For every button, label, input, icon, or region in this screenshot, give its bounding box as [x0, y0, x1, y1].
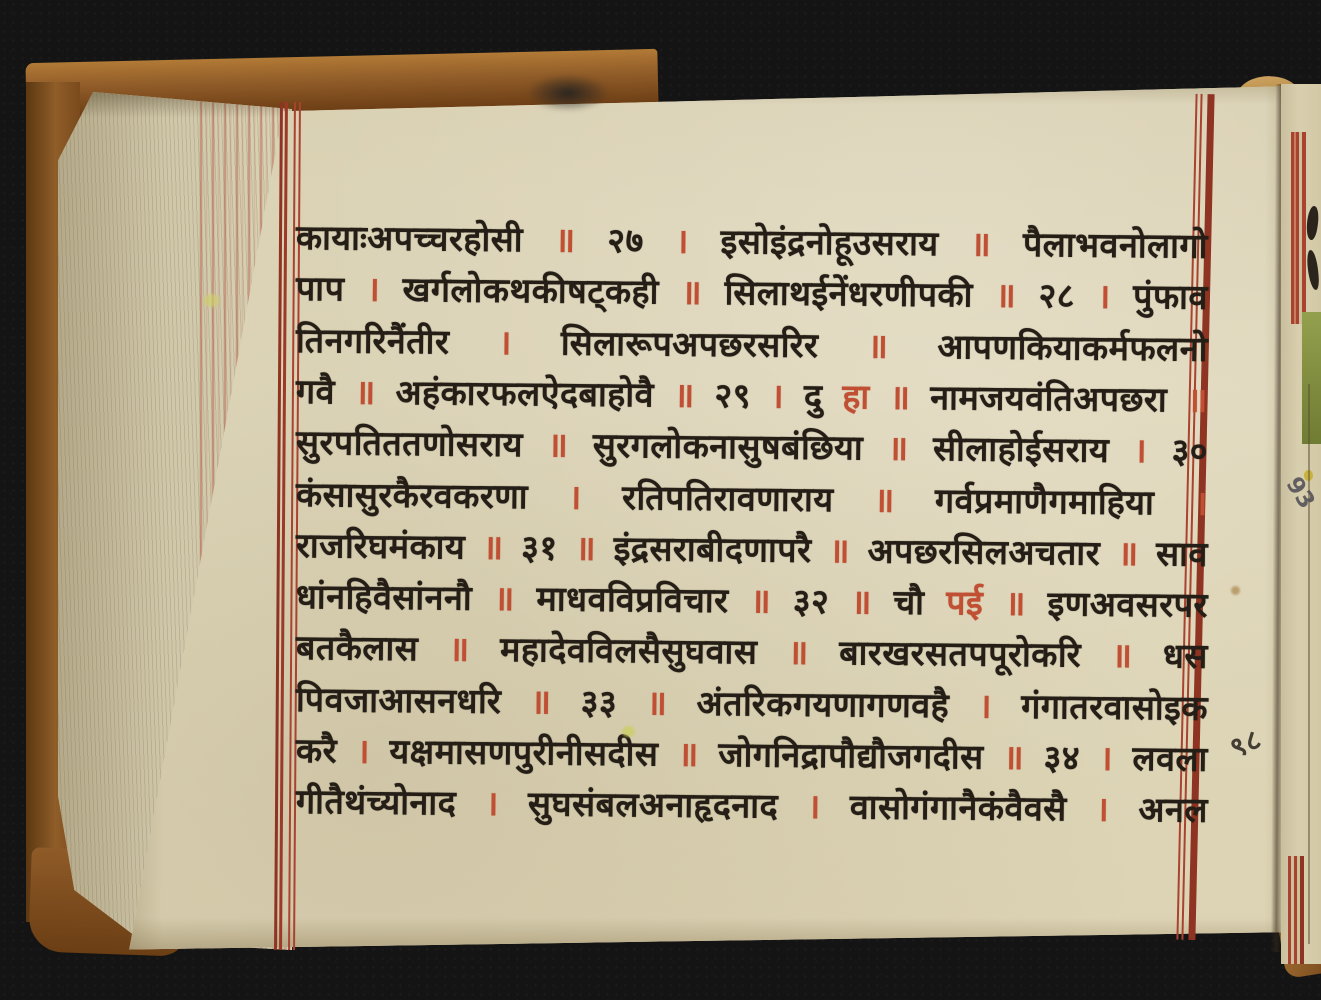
verse-separator: ।: [1097, 272, 1111, 318]
verse-separator: हा: [842, 372, 870, 418]
verse-separator: ॥: [995, 271, 1016, 317]
manuscript-photograph: कायाःअपच्चरहोसी॥२७।इसोइंद्रनोहूउसराय॥पैल…: [0, 0, 1321, 1000]
text-segment: अनल: [1138, 785, 1208, 832]
text-segment: पुंफाव: [1133, 272, 1208, 319]
verse-separator: ॥: [674, 371, 695, 417]
text-segment: राजरिघमंकाय: [296, 521, 466, 569]
verse-separator: ।: [568, 472, 582, 518]
text-line-12: गीतैथंच्योनाद।सुघसंबलअनाहृदनाद।वासोगंगान…: [296, 777, 1208, 832]
verse-separator: ।: [356, 727, 370, 773]
verse-separator: ।: [485, 779, 499, 825]
text-segment: अपछरसिलअचतार: [867, 526, 1100, 574]
text-segment: पाप: [296, 264, 345, 310]
text-line-10: पिवजाआसनधरि॥३३॥अंतरिकगयणागणवहै।गंगातरवास…: [296, 675, 1208, 730]
text-segment: माधवविप्रविचार: [536, 574, 728, 622]
text-segment: कायाःअपच्चरहोसी: [296, 213, 524, 261]
text-segment: यक्षमासणपुरीनीसदीस: [389, 727, 658, 776]
text-line-11: करै।यक्षमासणपुरीनीसदीस॥जोगनिद्रापौद्यौजग…: [296, 726, 1208, 781]
verse-separator: ॥: [1003, 733, 1024, 779]
text-segment: गर्वप्रमाणैगमाहिया: [935, 476, 1155, 524]
verse-separator: ॥: [1005, 579, 1026, 625]
text-segment: २९: [714, 371, 751, 417]
verse-separator: ॥: [355, 367, 376, 413]
text-segment: लवला: [1132, 734, 1208, 781]
text-segment: सीलाहोईसराय: [933, 424, 1110, 472]
verse-separator: ।: [978, 681, 992, 727]
verse-separator: ॥: [678, 730, 699, 776]
text-segment: सिलारूपअपछरसरिर: [561, 318, 819, 366]
verse-separator: ।: [1133, 426, 1147, 472]
text-segment: चौ: [893, 578, 924, 624]
text-line-8: धांनहिवैसांननौ॥माधवविप्रविचार॥३२॥चौपई॥इण…: [296, 572, 1208, 627]
text-segment: आपणकियाकर्मफलनो: [937, 322, 1208, 371]
text-segment: धांनहिवैसांननौ: [296, 572, 473, 620]
verse-separator: ॥: [449, 625, 470, 671]
adjacent-page-text-fragment: [1305, 205, 1321, 240]
text-segment: बारखरसतपपूरोकरि: [839, 629, 1081, 677]
verse-separator: ।: [1099, 734, 1113, 780]
text-segment: २८: [1038, 271, 1075, 317]
text-segment: नामजयवंतिअपछरा: [930, 373, 1167, 421]
verse-separator: ॥: [1117, 529, 1138, 575]
text-segment: ३१: [521, 523, 558, 569]
text-segment: अहंकारफलऐदबाहोवै: [395, 368, 654, 416]
verse-separator: ।: [498, 318, 512, 364]
verse-separator: ॥: [681, 268, 702, 314]
text-segment: करै: [296, 726, 337, 772]
text-segment: सिलाथईनेंधरणीपकी: [724, 268, 973, 316]
text-segment: महादेवविलसैसुघवास: [500, 625, 758, 673]
text-segment: २७: [607, 216, 644, 262]
verse-separator: ॥: [483, 523, 504, 569]
verse-separator: ।: [675, 217, 689, 263]
verse-separator: ॥: [1187, 375, 1208, 421]
text-line-4: गवै॥अहंकारफलऐदबाहोवै॥२९।दुहा॥नामजयवंतिअप…: [296, 367, 1208, 422]
text-line-7: राजरिघमंकाय॥३१॥इंद्रसराबीदणापरै॥अपछरसिलअ…: [296, 521, 1208, 576]
verse-separator: ॥: [970, 219, 991, 265]
verse-separator: ॥: [530, 677, 551, 723]
page-crease: [1308, 384, 1310, 944]
verse-separator: ॥: [1111, 631, 1132, 677]
text-segment: अंतरिकगयणागणवहै: [696, 679, 949, 727]
verse-separator: ॥: [887, 424, 908, 470]
stain: [1231, 586, 1240, 595]
verse-separator: ।: [807, 782, 821, 828]
ink-smudge: [526, 74, 610, 112]
adjacent-page-text-fragment: [1306, 250, 1320, 291]
text-segment: तिनगरिनैंतीर: [296, 316, 450, 363]
adjacent-page-red-rules-bottom: [1288, 856, 1304, 964]
verse-separator: ॥: [788, 628, 809, 674]
verse-separator: ॥: [874, 475, 895, 521]
verse-separator: ॥: [575, 523, 596, 569]
verse-separator: ॥: [646, 678, 667, 724]
text-segment: जोगनिद्रापौद्यौजगदीस: [718, 730, 984, 779]
verse-separator: ।: [1194, 478, 1208, 524]
text-segment: गवै: [296, 367, 335, 413]
adjacent-page-edge: [1281, 84, 1321, 964]
text-segment: ३४: [1043, 733, 1080, 779]
verse-separator: ॥: [494, 574, 515, 620]
text-segment: खर्गलोकथकीषट्कही: [402, 265, 659, 313]
text-segment: सुघसंबलअनाहृदनाद: [528, 780, 779, 828]
text-segment: गीतैथंच्योनाद: [296, 777, 457, 825]
text-segment: ३०: [1171, 427, 1208, 473]
text-segment: रतिपतिरावणाराय: [622, 473, 834, 521]
verse-separator: ॥: [851, 577, 872, 623]
text-line-2: पाप।खर्गलोकथकीषट्कही॥सिलाथईनेंधरणीपकी॥२८…: [296, 264, 1208, 319]
text-segment: कंसासुरकैरवकरणा: [296, 470, 529, 518]
text-segment: ३३: [581, 677, 618, 723]
text-segment: इसोइंद्रनोहूउसराय: [720, 217, 938, 265]
verse-separator: ॥: [889, 373, 910, 419]
verse-separator: ।: [367, 265, 381, 311]
text-segment: साव: [1156, 529, 1208, 575]
verse-separator: ।: [1096, 785, 1110, 831]
verse-separator: ॥: [867, 321, 888, 367]
text-segment: पिवजाआसनधरि: [296, 675, 502, 723]
text-segment: धस: [1163, 632, 1208, 678]
text-line-1: कायाःअपच्चरहोसी॥२७।इसोइंद्रनोहूउसराय॥पैल…: [296, 213, 1208, 268]
adjacent-page-red-rules-top: [1291, 132, 1306, 324]
verse-separator: ॥: [829, 526, 850, 572]
text-line-5: सुरपतिततणोसराय॥सुरगलोकनासुषबंछिया॥सीलाहो…: [296, 418, 1208, 473]
text-segment: बतकैलास: [296, 623, 419, 670]
text-segment: सुरपतिततणोसराय: [296, 418, 523, 466]
text-segment: इंद्रसराबीदणापरै: [613, 524, 811, 572]
text-line-3: तिनगरिनैंतीर।सिलारूपअपछरसरिर॥आपणकियाकर्म…: [296, 316, 1208, 371]
text-segment: ३२: [793, 577, 830, 623]
verse-separator: पई: [946, 578, 983, 624]
verse-separator: ॥: [555, 215, 576, 261]
verse-separator: ॥: [750, 576, 771, 622]
olive-paint-block: [1302, 312, 1321, 444]
verse-separator: ॥: [547, 421, 568, 467]
stain: [622, 726, 635, 737]
text-segment: पैलाभवनोलागो: [1023, 220, 1208, 268]
text-line-6: कंसासुरकैरवकरणा।रतिपतिरावणाराय॥गर्वप्रमा…: [296, 470, 1208, 525]
text-segment: गंगातरवासोइक: [1021, 682, 1208, 730]
text-segment: सुरगलोकनासुषबंछिया: [593, 421, 864, 470]
stain: [204, 294, 219, 307]
text-line-9: बतकैलास॥महादेवविलसैसुघवास॥बारखरसतपपूरोकर…: [296, 623, 1208, 678]
text-segment: वासोगंगानैकंवैवसै: [850, 783, 1067, 831]
text-segment: इणअवसरपर: [1047, 579, 1208, 627]
text-segment: दु: [804, 372, 823, 418]
verse-separator: ।: [771, 371, 785, 417]
